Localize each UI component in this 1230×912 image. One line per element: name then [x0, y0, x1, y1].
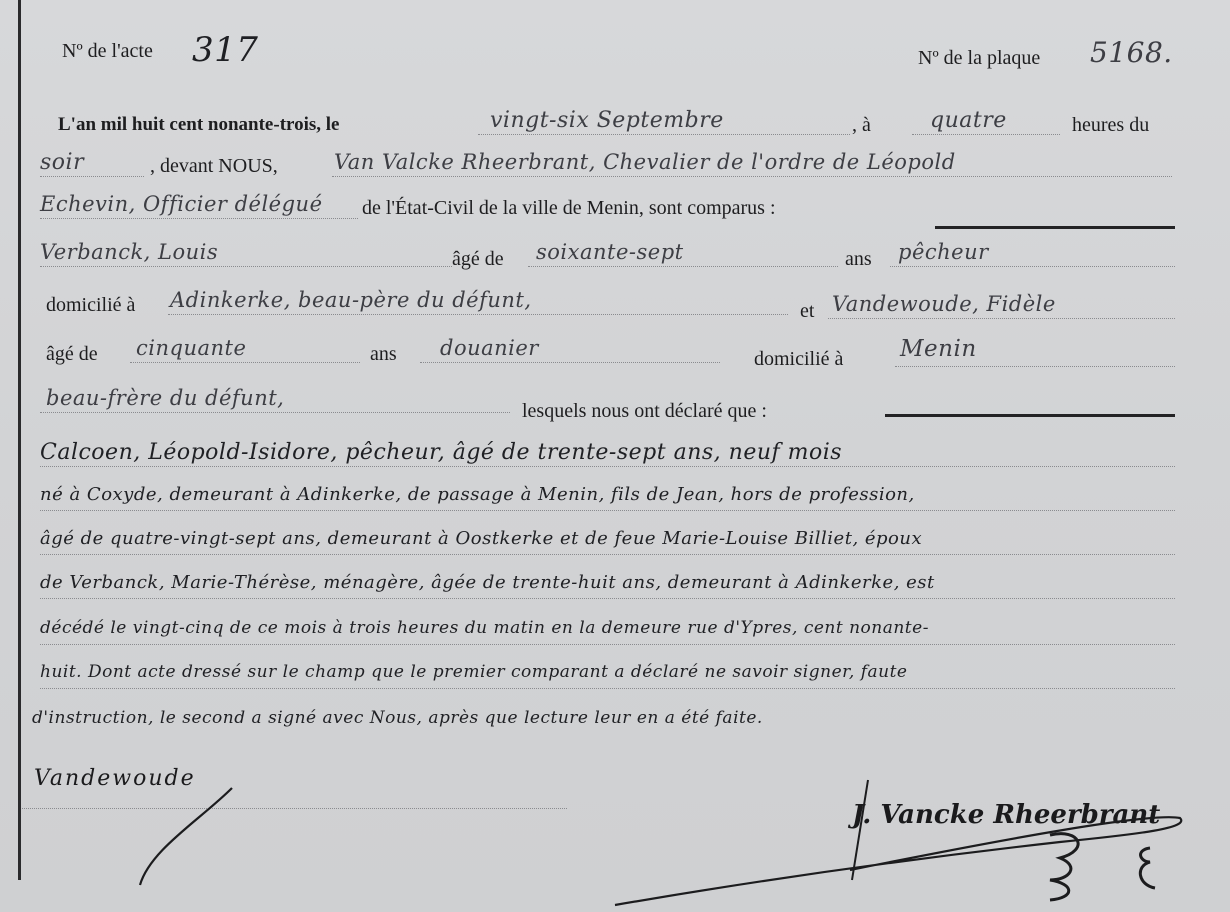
civil-record-page: Nº de l'acte 317 Nº de la plaque 5168. L…: [0, 0, 1230, 912]
signature-flourishes: [0, 0, 1230, 912]
